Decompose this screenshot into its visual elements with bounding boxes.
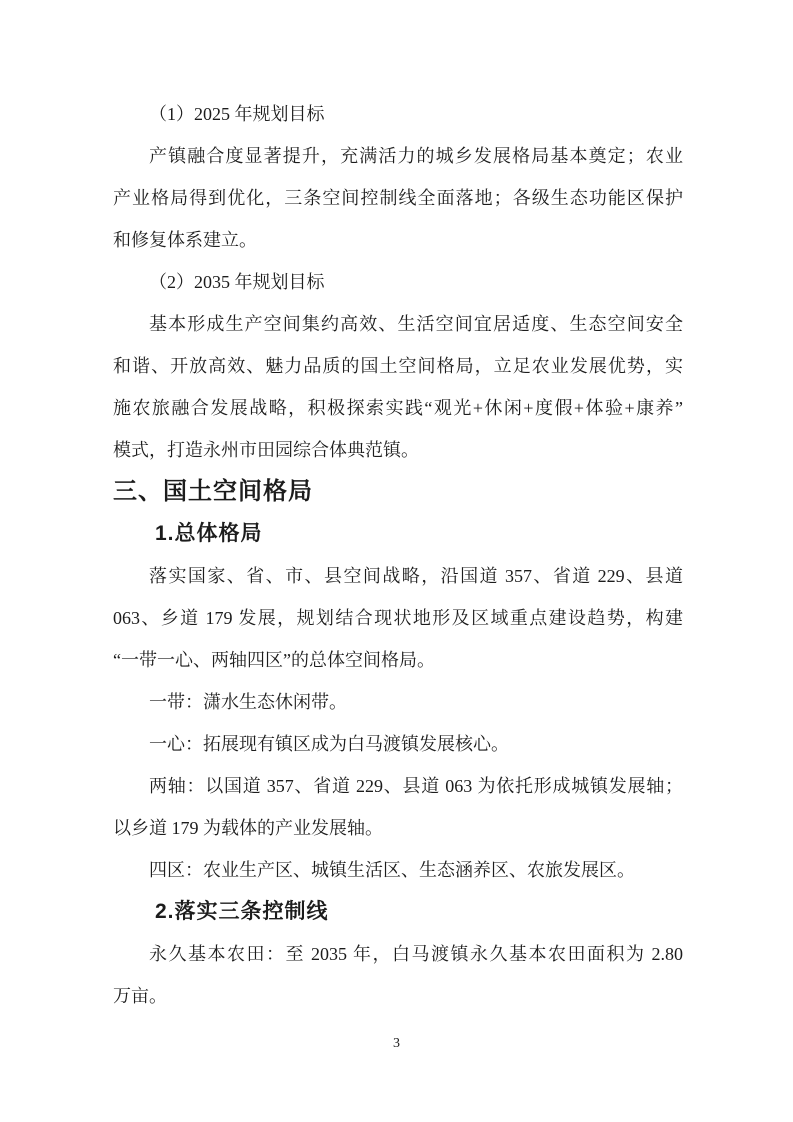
text-line: 两轴：以国道 357、省道 229、县道 063 为依托形成城镇发展轴； [113, 765, 683, 807]
paragraph: （1）2025 年规划目标 [113, 93, 683, 135]
paragraph: 落实国家、省、市、县空间战略，沿国道 357、省道 229、县道063、乡道 1… [113, 555, 683, 681]
paragraph: 一带：潇水生态休闲带。 [113, 681, 683, 723]
text-line: 一带：潇水生态休闲带。 [113, 681, 683, 723]
paragraph: 一心：拓展现有镇区成为白马渡镇发展核心。 [113, 723, 683, 765]
paragraph: 两轴：以国道 357、省道 229、县道 063 为依托形成城镇发展轴；以乡道 … [113, 765, 683, 849]
paragraph: 永久基本农田：至 2035 年，白马渡镇永久基本农田面积为 2.80万亩。 [113, 933, 683, 1017]
text-line: 永久基本农田：至 2035 年，白马渡镇永久基本农田面积为 2.80 [113, 933, 683, 975]
heading2: 2.落实三条控制线 [113, 891, 683, 933]
text-line: 落实国家、省、市、县空间战略，沿国道 357、省道 229、县道 [113, 555, 683, 597]
text-line: 施农旅融合发展战略，积极探索实践“观光+休闲+度假+体验+康养” [113, 387, 683, 429]
text-line: 产业格局得到优化，三条空间控制线全面落地；各级生态功能区保护 [113, 177, 683, 219]
text-line: 和修复体系建立。 [113, 219, 683, 261]
text-line: 三、国土空间格局 [113, 471, 683, 513]
text-line: 和谐、开放高效、魅力品质的国土空间格局，立足农业发展优势，实 [113, 345, 683, 387]
document-page: （1）2025 年规划目标产镇融合度显著提升，充满活力的城乡发展格局基本奠定；农… [0, 0, 793, 1122]
text-line: 063、乡道 179 发展，规划结合现状地形及区域重点建设趋势，构建 [113, 597, 683, 639]
text-line: 一心：拓展现有镇区成为白马渡镇发展核心。 [113, 723, 683, 765]
text-line: “一带一心、两轴四区”的总体空间格局。 [113, 639, 683, 681]
text-line: （1）2025 年规划目标 [113, 93, 683, 135]
paragraph: 产镇融合度显著提升，充满活力的城乡发展格局基本奠定；农业产业格局得到优化，三条空… [113, 135, 683, 261]
text-line: 基本形成生产空间集约高效、生活空间宜居适度、生态空间安全 [113, 303, 683, 345]
paragraph: 基本形成生产空间集约高效、生活空间宜居适度、生态空间安全和谐、开放高效、魅力品质… [113, 303, 683, 471]
text-line: 模式，打造永州市田园综合体典范镇。 [113, 429, 683, 471]
text-line: 产镇融合度显著提升，充满活力的城乡发展格局基本奠定；农业 [113, 135, 683, 177]
text-line: （2）2035 年规划目标 [113, 261, 683, 303]
page-footer: 3 [0, 1036, 793, 1052]
text-line: 以乡道 179 为载体的产业发展轴。 [113, 807, 683, 849]
document-content: （1）2025 年规划目标产镇融合度显著提升，充满活力的城乡发展格局基本奠定；农… [113, 93, 683, 1017]
paragraph: （2）2035 年规划目标 [113, 261, 683, 303]
heading1: 三、国土空间格局 [113, 471, 683, 513]
text-line: 1.总体格局 [113, 513, 683, 555]
text-line: 2.落实三条控制线 [113, 891, 683, 933]
heading2: 1.总体格局 [113, 513, 683, 555]
text-line: 四区：农业生产区、城镇生活区、生态涵养区、农旅发展区。 [113, 849, 683, 891]
text-line: 万亩。 [113, 975, 683, 1017]
paragraph: 四区：农业生产区、城镇生活区、生态涵养区、农旅发展区。 [113, 849, 683, 891]
page-number: 3 [393, 1036, 400, 1051]
